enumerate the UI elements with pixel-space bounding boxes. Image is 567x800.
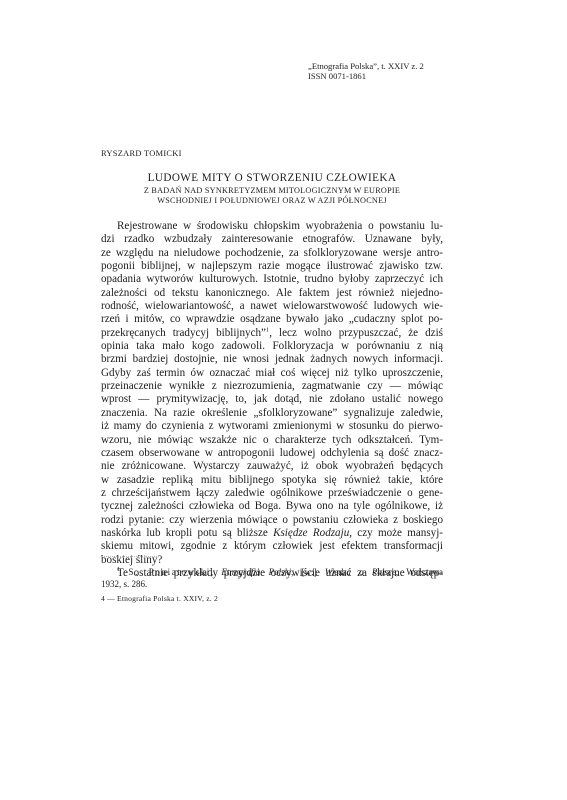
footnote-separator-text: , [w:] <box>291 567 325 577</box>
body-line: brzmi bardziej dostojnie, nie wnosi jedn… <box>101 353 443 366</box>
body-line: ze względu na nieludowe pochodzenie, za … <box>101 247 443 260</box>
footnote-work-title: Etnografia Polski <box>221 567 291 577</box>
body-line: rzeń i mitów, co wprawdzie osądzane bywa… <box>101 313 443 326</box>
journal-header: „Etnografia Polska”, t. XXIV z. 2 ISSN 0… <box>308 61 424 81</box>
body-line: pogonii biblijnej, w najlepszym razie mo… <box>101 260 443 273</box>
body-line: skiemu mitowi, zgodnie z którym człowiek… <box>101 540 443 553</box>
body-line: nie zróżnicowane. Wystarczy zauważyć, iż… <box>101 460 443 473</box>
article-author: RYSZARD TOMICKI <box>101 149 182 158</box>
footnote-line-1: 1 S. Poniatowski, Etnografia Polski, [w:… <box>101 566 443 578</box>
page-signature: 4 — Etnografia Polska t. XXIV, z. 2 <box>101 594 218 603</box>
footnote-separator-text: , <box>211 567 222 577</box>
body-line: tycznej zależności człowieka od Boga. By… <box>101 500 443 513</box>
body-line: rodzi pytanie: czy wierzenia mówiące o p… <box>101 514 443 527</box>
body-line-text: , lecz wolno przypuszczać, że dziś <box>269 327 443 339</box>
journal-citation: „Etnografia Polska”, t. XXIV z. 2 <box>308 61 424 71</box>
italic-book-title: Księdze Rodzaju <box>273 527 349 539</box>
article-body: Rejestrowane w środowisku chłopskim wyob… <box>101 220 443 580</box>
body-line: iż mamy do czynienia z wytworami zmienio… <box>101 420 443 433</box>
footnote-line-2: 1932, s. 286. <box>101 578 443 590</box>
body-line: Rejestrowane w środowisku chłopskim wyob… <box>101 220 443 233</box>
subtitle-line-2: WSCHODNIEJ I POŁUDNIOWEJ ORAZ W AZJI PÓŁ… <box>101 196 443 206</box>
body-line: przeinaczenie wynikłe z niezrozumienia, … <box>101 380 443 393</box>
footnote-author: S. Poniatowski <box>129 567 211 577</box>
footnote: 1 S. Poniatowski, Etnografia Polski, [w:… <box>101 566 443 590</box>
issn: ISSN 0071-1861 <box>308 71 424 81</box>
body-line-text: przekręcanych tradycyj biblijnych” <box>101 327 266 339</box>
body-line: rodność, wielowariantowość, a nawet wiel… <box>101 300 443 313</box>
subtitle-line-1: Z BADAŃ NAD SYNKRETYZMEM MITOLOGICZNYM W… <box>101 186 443 196</box>
body-line: opadania wytworów kulturowych. Istotnie,… <box>101 273 443 286</box>
body-line-text: naskórka lub kropli potu są bliższe <box>101 527 273 539</box>
footnote-marker: 1 <box>117 566 120 573</box>
footnote-series: Wiedza o Polsce <box>325 567 396 577</box>
body-line: opinia taka mało kogo zadowoli. Folklory… <box>101 340 443 353</box>
body-line: dzi rzadko wzbudzały zainteresowanie etn… <box>101 233 443 246</box>
body-line: z chrześcijaństwem łączy zaledwie ogólni… <box>101 487 443 500</box>
footnote-place: , Warszawa <box>396 567 443 577</box>
body-line: wzoru, nie mówiąc wszakże nic o charakte… <box>101 434 443 447</box>
body-line-text: , czy może mansyj- <box>349 527 443 539</box>
body-line-with-footnote-ref: przekręcanych tradycyj biblijnych”1, lec… <box>101 327 443 340</box>
body-line: znaczenia. Na razie określenie „sfolklor… <box>101 407 443 420</box>
article-title: LUDOWE MITY O STWORZENIU CZŁOWIEKA <box>101 172 443 184</box>
body-line: w zasadzie repliką mitu biblijnego spoty… <box>101 474 443 487</box>
body-line: wprost — prymitywizację, to, jak dotąd, … <box>101 393 443 406</box>
body-line: Gdyby zaś termin ów oznaczać miał coś wi… <box>101 367 443 380</box>
body-line: zależności od tekstu kanonicznego. Ale f… <box>101 287 443 300</box>
article-subtitle: Z BADAŃ NAD SYNKRETYZMEM MITOLOGICZNYM W… <box>101 186 443 206</box>
body-line: czasem obserwowane w antropogonii ludowe… <box>101 447 443 460</box>
footnote-separator <box>101 556 161 557</box>
body-line-with-italic: naskórka lub kropli potu są bliższe Księ… <box>101 527 443 540</box>
